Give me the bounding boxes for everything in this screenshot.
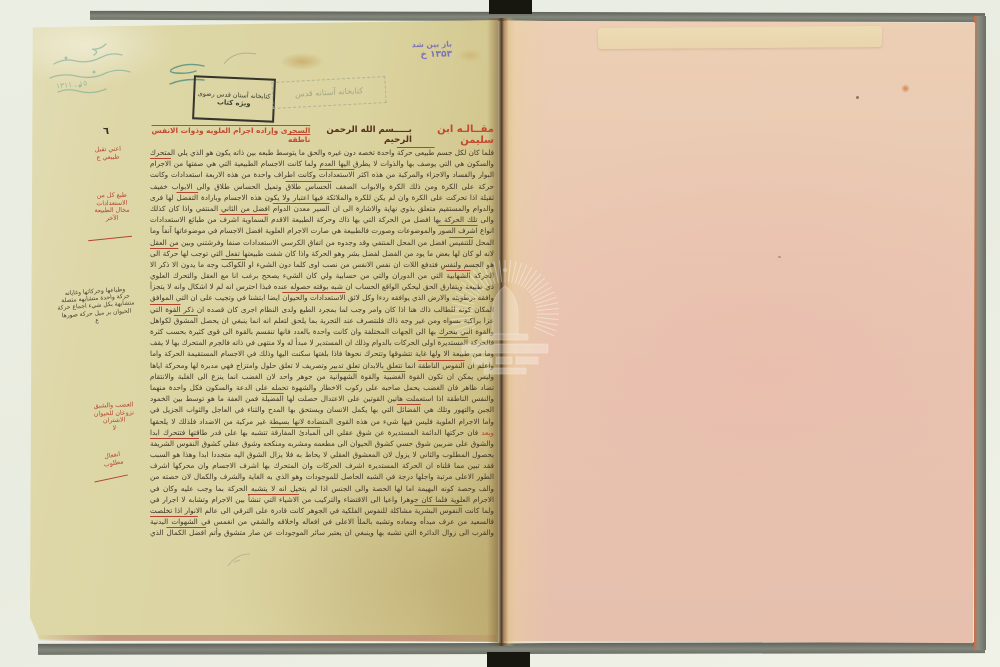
manuscript-line: البوار والفساد والاجزاء والمركبة من هذه … — [150, 169, 494, 180]
manuscript-line: وما من طبيعة الا ولها غاية تتشوقها وتتحر… — [150, 348, 494, 359]
scan-stage: ۱۵ ـ ۱۳۱۱ باز بین شد ۱۳۵۳ خ کتابخانه آست… — [0, 0, 1000, 667]
review-stamp: باز بین شد ۱۳۵۳ خ — [394, 39, 452, 60]
manuscript-line: والسكون هي التي يوصف بها والذوات لا يطرق… — [150, 158, 494, 169]
manuscript-line: لانه لو كان لها بعض ما يود من الفضل لفضل… — [150, 248, 494, 259]
basmala: بـــــسم الله الرحمن الرحيم — [310, 125, 412, 145]
manuscript-text-block: فلما كان لكل جسم طبيعى حركة واحدة تخصه د… — [150, 147, 494, 541]
right-page — [504, 19, 977, 645]
paper-stain — [901, 84, 910, 93]
manuscript-line: فالحركة المستديرة اولى الحركات بالدوام و… — [150, 337, 494, 348]
review-stamp-number: ۱۳۵۳ خ — [394, 49, 452, 60]
manuscript-line: الطور الاعلى مرتبة واجلها درجة في الشبه … — [150, 471, 494, 482]
margin-note-red-1: اعني تقبل طبيعي ع — [84, 145, 133, 162]
faded-inscription — [36, 34, 146, 114]
manuscript-line: وبعد فان حركتها الدائمة المستديرة عن شوق… — [150, 427, 494, 438]
manuscript-line: المكان كونه للطالب ذاك هنا اذا كان وامر … — [150, 304, 494, 315]
paper-stain — [458, 49, 482, 62]
manuscript-line: والنفس الناطقة اذا استعملت هاتين القوتين… — [150, 393, 494, 404]
manuscript-line: والشوق على ضربين شوق حسي كشوق الحيوان ال… — [150, 438, 494, 449]
manuscript-line: الاجرام العلوية فلما كان جوهرا واعيا الى… — [150, 494, 494, 505]
pencil-mark — [222, 548, 256, 570]
faded-stamp-text: کتابخانه آستانه قدس — [295, 86, 364, 99]
manuscript-line: وافقه برطوبته والارض الذي يوافقه ردءا وك… — [150, 292, 494, 303]
manuscript-line: تضاد ظاهر فان الغضب يحمل صاحبه على ركوب … — [150, 382, 494, 393]
manuscript-line: والف وحصة كونه البهيمة اما لها الحصة وال… — [150, 483, 494, 494]
manuscript-line: الجبن والتهور وتلك هي الفضائل التي بها ي… — [150, 404, 494, 415]
manuscript-line: بحصول المطلوب والثاني لا يزول لان المعشو… — [150, 449, 494, 460]
manuscript-line: والدوام والمستقيم متعلق بذوي نهاية والاش… — [150, 203, 494, 214]
book-right-edge — [974, 16, 986, 650]
manuscript-line: واعلم ان النفوس الناطقة انما تتعلق بالاب… — [150, 360, 494, 371]
paper-speck — [778, 256, 781, 258]
left-page-bottom-edge — [36, 635, 496, 641]
top-clamp — [489, 0, 532, 14]
manuscript-line: واما الاجرام العلوية فليس فيها شيء من هذ… — [150, 416, 494, 427]
manuscript-line: والقوة التي يتحرك بها الى الجهات المختلف… — [150, 326, 494, 337]
paper-stain — [280, 53, 324, 70]
manuscript-line: وليس يمكن ان تكون القوة الغضبية والقوة ا… — [150, 371, 494, 382]
manuscript-line: فالسعيد من عرف مبدأه ومعاده وتشبه بالملأ… — [150, 516, 494, 527]
folio-mark: ٦ — [103, 126, 109, 137]
manuscript-line: حركة على الكرة ومن ذلك الكرة والابواب ال… — [150, 181, 494, 192]
pencil-mark — [220, 48, 260, 70]
chapter-header: مقــالـه ابن سليمن بـــــسم الله الرحمن … — [150, 123, 494, 147]
margin-note-red-3: الغضب والشبق نزوعان للحيوان الاشتران لا — [85, 401, 142, 433]
manuscript-line: ثقيلة اذا تحركت على الكرة وان لم يكن للك… — [150, 192, 494, 203]
manuscript-line: والى تلك الحركة بها افضل من الحركة التي … — [150, 214, 494, 225]
bottom-clamp — [487, 652, 530, 667]
header-title-left: السحرى وإراده اجرام العلويه وذوات الانفس… — [150, 126, 310, 144]
margin-note-black: وطباعها وحركاتها وغاياته حركة واحدة متشا… — [45, 285, 147, 328]
manuscript-line: والقرب الى زوال الدائرة التي تشبه بها وي… — [150, 527, 494, 538]
paper-speck — [856, 96, 859, 99]
repair-strip — [598, 26, 882, 49]
margin-note-red-2: طبع كل من الاستعدادات مخال الطبيعة الآخر — [86, 192, 139, 223]
library-stamp-line2: ویژه کتاب — [217, 98, 251, 108]
manuscript-line: انواع اشرف الصور والموضوعات وصورت فالطبي… — [150, 225, 494, 236]
library-stamp: کتابخانه آستان قدس رضوی ویژه کتاب — [192, 75, 276, 123]
manuscript-line: عزا براكبة بسواه ومن غير وجه ذاك فلنتصرف… — [150, 315, 494, 326]
manuscript-line: فلما كان لكل جسم طبيعى حركة واحدة تخصه د… — [150, 147, 494, 158]
manuscript-line: ذي طبيعة ويتفارق الحق ليحكي الواقع الحسا… — [150, 281, 494, 292]
manuscript-line: المحل للتنفيس افضل من المحل المنتفي وقد … — [150, 237, 494, 248]
header-title-right: مقــالـه ابن سليمن — [412, 124, 494, 146]
manuscript-line: ولما كانت النفوس البشرية مشاكلة للنفوس ا… — [150, 505, 494, 516]
manuscript-line: الحركة الشهابية التي من الدوران والتي من… — [150, 270, 494, 281]
manuscript-line: فقد تبين مما قلناه ان الحركة المستديرة ا… — [150, 460, 494, 471]
manuscript-line: هو الجسم ولنفسٍ فتدفع اللات ان نفس الانف… — [150, 259, 494, 270]
